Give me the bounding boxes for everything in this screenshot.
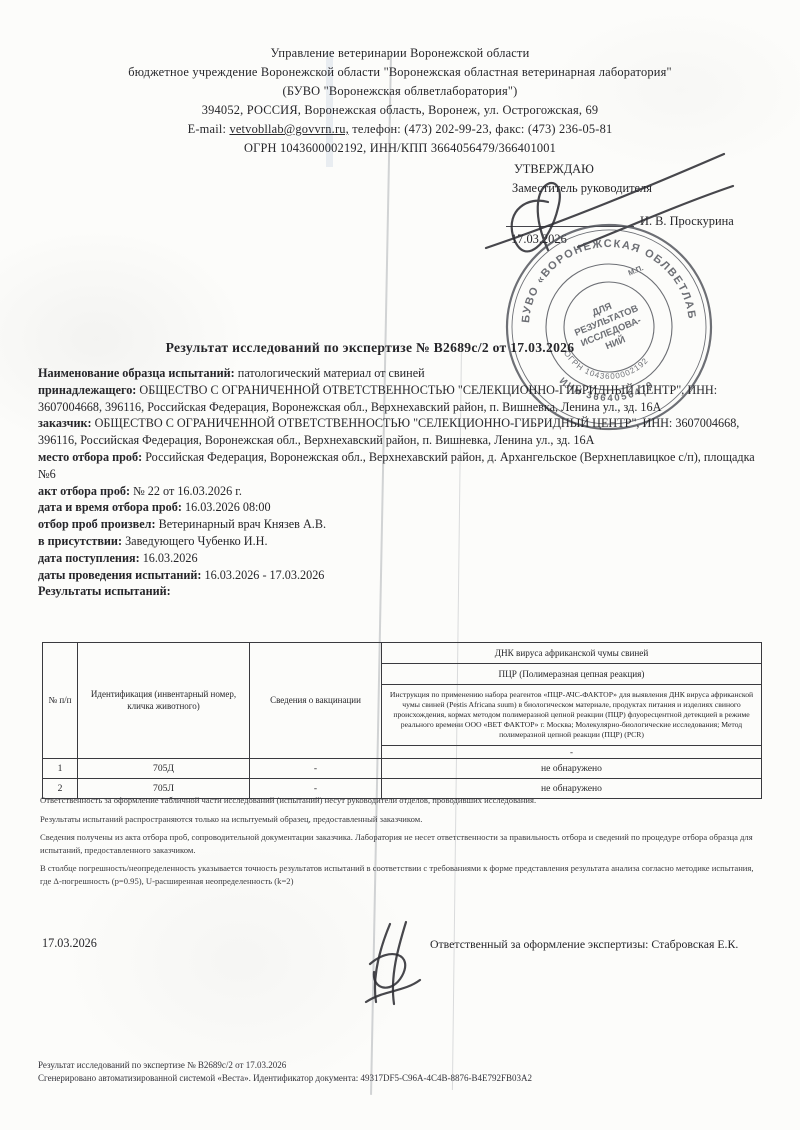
field-value: 16.03.2026 08:00 — [185, 500, 271, 514]
field-label: акт отбора проб: — [38, 484, 130, 498]
letterhead: Управление ветеринарии Воронежской облас… — [40, 44, 760, 158]
document-footer: Результат исследований по экспертизе № В… — [38, 1059, 770, 1085]
field-label: даты проведения испытаний: — [38, 568, 202, 582]
field-label: место отбора проб: — [38, 450, 142, 464]
org-authority: Управление ветеринарии Воронежской облас… — [40, 44, 760, 63]
results-table: № п/п Идентификация (инвентарный номер, … — [42, 642, 762, 799]
footnotes: Ответственность за оформление табличной … — [40, 794, 766, 894]
field-line: дата поступления: 16.03.2026 — [38, 550, 766, 567]
org-address: 394052, РОССИЯ, Воронежская область, Вор… — [40, 101, 760, 120]
field-label: Результаты испытаний: — [38, 584, 171, 598]
field-value: ОБЩЕСТВО С ОГРАНИЧЕННОЙ ОТВЕТСТВЕННОСТЬЮ… — [38, 416, 739, 447]
field-line: акт отбора проб: № 22 от 16.03.2026 г. — [38, 483, 766, 500]
field-line: место отбора проб: Российская Федерация,… — [38, 449, 766, 483]
responsible-signature-icon — [356, 918, 431, 1010]
footnote: Ответственность за оформление табличной … — [40, 794, 766, 807]
field-label: дата поступления: — [38, 551, 140, 565]
row-vacc-cell: - — [250, 759, 382, 779]
col-header-identification: Идентификация (инвентарный номер, кличка… — [78, 643, 250, 759]
field-label: Наименование образца испытаний: — [38, 366, 235, 380]
approver-name: И. В. Проскурина — [640, 212, 734, 230]
field-line: дата и время отбора проб: 16.03.2026 08:… — [38, 499, 766, 516]
field-value: 16.03.2026 - 17.03.2026 — [205, 568, 325, 582]
row-result-cell: не обнаружено — [382, 759, 762, 779]
signoff-date: 17.03.2026 — [42, 936, 97, 951]
field-value: Заведующего Чубенко И.Н. — [125, 534, 267, 548]
col-header-method-short: ПЦР (Полимеразная цепная реакция) — [382, 664, 762, 685]
field-line: Наименование образца испытаний: патологи… — [38, 365, 766, 382]
org-short-name: (БУВО "Воронежская облветлаборатория") — [40, 82, 760, 101]
row-id-cell: 705Д — [78, 759, 250, 779]
field-value: 16.03.2026 — [143, 551, 198, 565]
org-contacts: E-mail: vetvobllab@govvrn.ru, телефон: (… — [40, 120, 760, 139]
field-line: даты проведения испытаний: 16.03.2026 - … — [38, 567, 766, 584]
document-page: Управление ветеринарии Воронежской облас… — [0, 0, 800, 1130]
field-label: дата и время отбора проб: — [38, 500, 182, 514]
org-name: бюджетное учреждение Воронежской области… — [40, 63, 760, 82]
field-value: Ветеринарный врач Князев А.В. — [159, 517, 326, 531]
col-header-num: № п/п — [43, 643, 78, 759]
field-line: заказчик: ОБЩЕСТВО С ОГРАНИЧЕННОЙ ОТВЕТС… — [38, 415, 766, 449]
footer-generated-id: Сгенерировано автоматизированной системо… — [38, 1072, 770, 1085]
field-line: в присутствии: Заведующего Чубенко И.Н. — [38, 533, 766, 550]
units-cell: - — [382, 746, 762, 759]
signature-line — [506, 226, 634, 227]
field-line: Результаты испытаний: — [38, 583, 766, 600]
col-header-analyte: ДНК вируса африканской чумы свиней — [382, 643, 762, 664]
col-header-method-full: Инструкция по применению набора реагенто… — [382, 685, 762, 746]
page-title: Результат исследований по экспертизе № В… — [0, 340, 740, 356]
field-line: принадлежащего: ОБЩЕСТВО С ОГРАНИЧЕННОЙ … — [38, 382, 766, 416]
field-label: в присутствии: — [38, 534, 122, 548]
col-header-vaccination: Сведения о вакцинации — [250, 643, 382, 759]
approval-heading: УТВЕРЖДАЮ — [514, 160, 594, 178]
email-link[interactable]: vetvobllab@govvrn.ru, — [229, 122, 349, 136]
field-value: № 22 от 16.03.2026 г. — [133, 484, 242, 498]
field-value: ОБЩЕСТВО С ОГРАНИЧЕННОЙ ОТВЕТСТВЕННОСТЬЮ… — [38, 383, 717, 414]
table-row: 1 705Д - не обнаружено — [43, 759, 762, 779]
stamp-mp-text: М.П. — [627, 263, 645, 277]
approval-date: 17.03.2026 — [511, 230, 567, 248]
field-value: Российская Федерация, Воронежская обл., … — [38, 450, 755, 481]
field-line: отбор проб произвел: Ветеринарный врач К… — [38, 516, 766, 533]
field-label: принадлежащего: — [38, 383, 136, 397]
footnote: В столбце погрешность/неопределенность у… — [40, 862, 766, 887]
field-label: заказчик: — [38, 416, 92, 430]
footnote: Результаты испытаний распространяются то… — [40, 813, 766, 826]
phone-fax: телефон: (473) 202-99-23, факс: (473) 23… — [352, 122, 612, 136]
footer-expertise-ref: Результат исследований по экспертизе № В… — [38, 1059, 770, 1072]
approver-position: Заместитель руководителя — [512, 179, 652, 197]
stamp-center-line1: ДЛЯ — [591, 301, 614, 319]
responsible-person: Ответственный за оформление экспертизы: … — [430, 937, 765, 952]
stamp-center-line2: РЕЗУЛЬТАТОВ — [573, 303, 640, 339]
sample-info: Наименование образца испытаний: патологи… — [38, 365, 766, 600]
email-label: E-mail: — [188, 122, 227, 136]
field-value: патологический материал от свиней — [238, 366, 425, 380]
field-label: отбор проб произвел: — [38, 517, 156, 531]
org-registration: ОГРН 1043600002192, ИНН/КПП 3664056479/3… — [40, 139, 760, 158]
row-num-cell: 1 — [43, 759, 78, 779]
footnote: Сведения получены из акта отбора проб, с… — [40, 831, 766, 856]
